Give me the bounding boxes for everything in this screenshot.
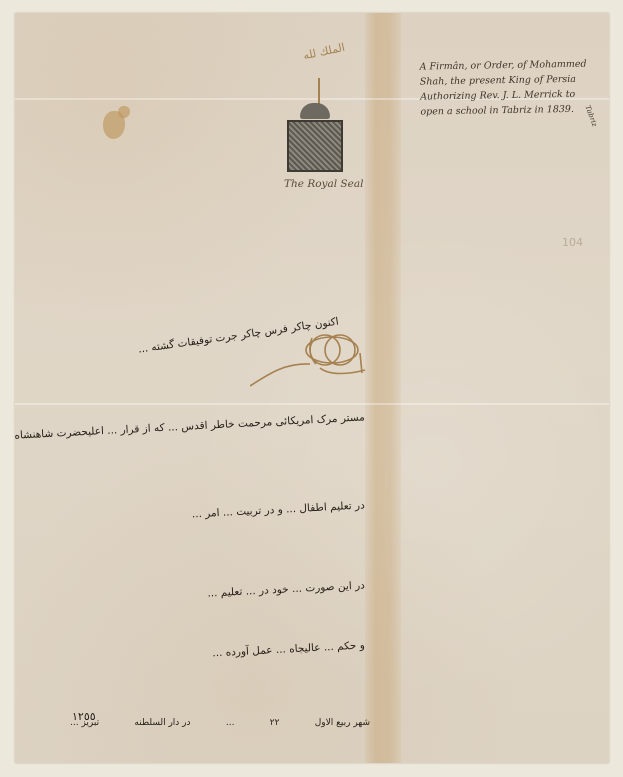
date-line: شهر ربیع الاول ۲۲ ... در دار السلطنه تبر…: [70, 718, 370, 728]
date-part: شهر ربیع الاول: [315, 718, 370, 728]
seal-caption: The Royal Seal: [284, 178, 363, 190]
seal-dome: [300, 103, 330, 119]
english-annotation: A Firmân, or Order, of Mohammed Shah, th…: [419, 56, 600, 119]
pencil-number: 104: [562, 236, 583, 249]
water-stain: [118, 106, 130, 118]
date-part: تبریز ...: [70, 718, 99, 728]
date-part: ...: [226, 718, 235, 728]
seal-stamp: [287, 120, 343, 172]
royal-seal-icon: [287, 103, 342, 171]
date-part: ۲۲: [270, 718, 280, 728]
horizontal-fold-crease: [15, 403, 609, 405]
date-part: در دار السلطنه: [134, 718, 190, 728]
